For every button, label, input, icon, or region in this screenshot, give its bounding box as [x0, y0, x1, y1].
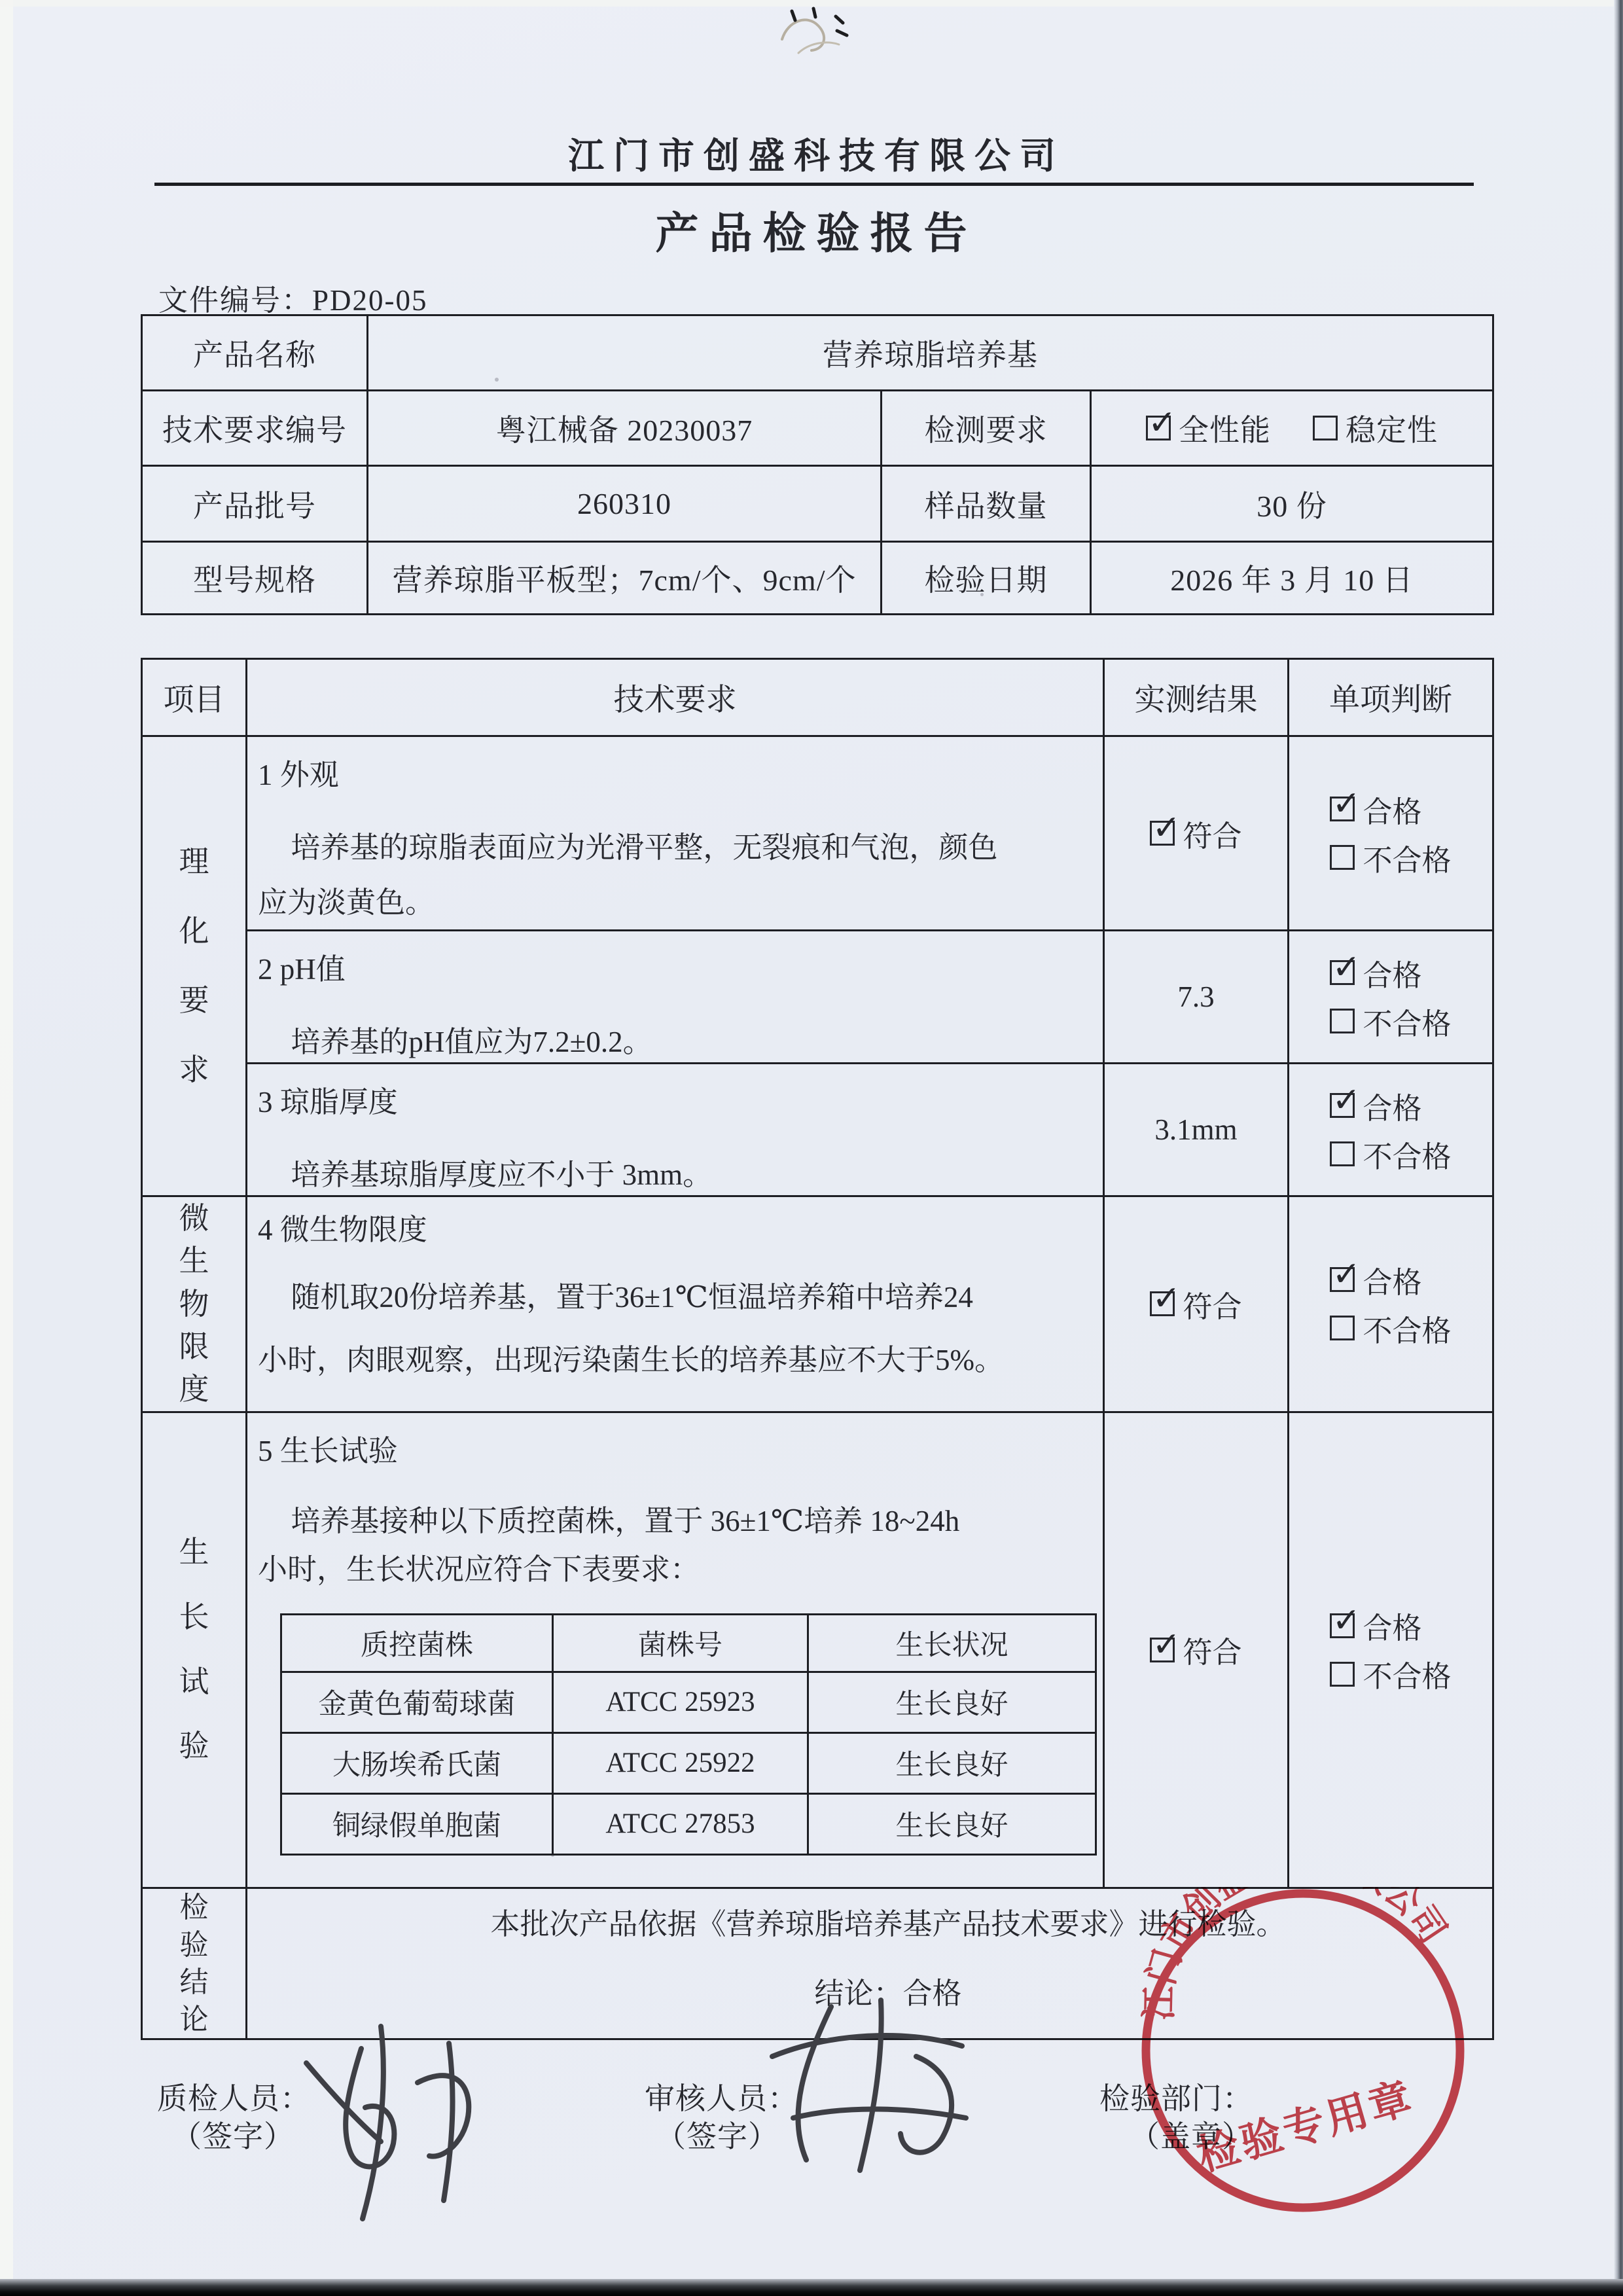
growth-status-col-header: 生长状况 — [808, 1614, 1096, 1672]
document-number: 文件编号：PD20-05 — [158, 276, 428, 319]
sample-qty-value: 30 份 — [1091, 466, 1493, 542]
table-row: 铜绿假单胞菌 ATCC 27853 生长良好 — [281, 1793, 1096, 1854]
result-appearance: 符合 — [1104, 736, 1289, 931]
checkbox-checked-icon — [1330, 1267, 1355, 1292]
table-row: 生长试验 5 生长试验 培养基接种以下质控菌株，置于 36±1℃培养 18~24… — [142, 1412, 1493, 1888]
table-row: 3 琼脂厚度 培养基琼脂厚度应不小于 3mm。 3.1mm 合格 不合格 — [142, 1064, 1493, 1196]
col-header-requirement: 技术要求 — [247, 659, 1104, 736]
checkbox-unchecked-icon — [1330, 845, 1355, 870]
date-label: 检验日期 — [882, 542, 1091, 615]
col-header-item: 项目 — [142, 659, 247, 736]
title-divider-line — [154, 183, 1474, 186]
stability-option: 稳定性 — [1313, 406, 1438, 450]
group-label-growth: 生长试验 — [142, 1412, 247, 1888]
requirement-agar-thickness: 3 琼脂厚度 培养基琼脂厚度应不小于 3mm。 — [247, 1064, 1104, 1196]
staple-mark-artifact — [772, 3, 857, 65]
judgment-agar-thickness: 合格 不合格 — [1289, 1064, 1493, 1196]
company-name: 江门市创盛科技有限公司 — [141, 127, 1492, 179]
page-title: 产品检验报告 — [141, 198, 1492, 260]
result-micro-limit: 符合 — [1104, 1196, 1289, 1412]
checkbox-unchecked-icon — [1330, 1141, 1355, 1166]
sample-qty-label: 样品数量 — [882, 466, 1091, 542]
seal-ring-text: 江门市创盛科技有限公司 — [1139, 1887, 1454, 2020]
col-header-result: 实测结果 — [1104, 659, 1289, 736]
checkbox-checked-icon — [1330, 797, 1355, 821]
checkbox-checked-icon — [1330, 960, 1355, 985]
checkbox-checked-icon — [1150, 1638, 1175, 1662]
test-req-options: 全性能 稳定性 — [1091, 391, 1493, 466]
svg-text:江门市创盛科技有限公司: 江门市创盛科技有限公司 — [1139, 1887, 1454, 2020]
scan-edge-right — [1614, 0, 1623, 2296]
judgment-micro-limit: 合格 不合格 — [1289, 1196, 1493, 1412]
model-value: 营养琼脂平板型；7cm/个、9cm/个 — [368, 542, 882, 615]
inspection-seal-stamp: 江门市创盛科技有限公司 检验专用章 — [1139, 1887, 1467, 2214]
scan-edge-left — [0, 0, 13, 2296]
checkbox-checked-icon — [1146, 416, 1171, 440]
judgment-appearance: 合格 不合格 — [1289, 736, 1493, 931]
tech-req-no-label: 技术要求编号 — [142, 391, 368, 466]
product-info-table: 产品名称 营养琼脂培养基 技术要求编号 粤江械备 20230037 检测要求 全… — [141, 314, 1494, 615]
scan-edge-bottom — [0, 2279, 1623, 2296]
stability-label: 稳定性 — [1346, 406, 1438, 450]
tech-req-no-value: 粤江械备 20230037 — [368, 391, 882, 466]
requirement-appearance: 1 外观 培养基的琼脂表面应为光滑平整，无裂痕和气泡，颜色 应为淡黄色。 — [247, 736, 1104, 931]
table-row: 大肠埃希氏菌 ATCC 25922 生长良好 — [281, 1732, 1096, 1793]
strain-no-col-header: 菌株号 — [553, 1614, 808, 1672]
checkbox-unchecked-icon — [1313, 416, 1338, 440]
full-performance-label: 全性能 — [1179, 406, 1271, 450]
checkbox-unchecked-icon — [1330, 1662, 1355, 1687]
requirement-ph: 2 pH值 培养基的pH值应为7.2±0.2。 — [247, 931, 1104, 1064]
table-row: 金黄色葡萄球菌 ATCC 25923 生长良好 — [281, 1672, 1096, 1732]
model-label: 型号规格 — [142, 542, 368, 615]
reviewer-signature — [733, 1983, 995, 2186]
checkbox-unchecked-icon — [1330, 1009, 1355, 1033]
requirement-micro-limit: 4 微生物限度 随机取20份培养基，置于36±1℃恒温培养箱中培养24 小时，肉… — [247, 1196, 1104, 1412]
product-name-value: 营养琼脂培养基 — [368, 315, 1493, 391]
judgment-ph: 合格 不合格 — [1289, 931, 1493, 1064]
seal-center-text: 检验专用章 — [1192, 2074, 1419, 2180]
table-header-row: 项目 技术要求 实测结果 单项判断 — [142, 659, 1493, 736]
result-agar-thickness: 3.1mm — [1104, 1064, 1289, 1196]
inspection-results-table: 项目 技术要求 实测结果 单项判断 理化要求 1 外观 培养基的琼脂表面应为光滑… — [141, 658, 1494, 2040]
product-name-label: 产品名称 — [142, 315, 368, 391]
col-header-judgment: 单项判断 — [1289, 659, 1493, 736]
batch-label: 产品批号 — [142, 466, 368, 542]
table-row: 2 pH值 培养基的pH值应为7.2±0.2。 7.3 合格 不合格 — [142, 931, 1493, 1064]
result-growth-test: 符合 — [1104, 1412, 1289, 1888]
report-page: 江门市创盛科技有限公司 产品检验报告 文件编号：PD20-05 产品名称 营养琼… — [0, 0, 1623, 2296]
checkbox-checked-icon — [1150, 1291, 1175, 1316]
full-performance-option: 全性能 — [1146, 406, 1271, 450]
judgment-growth-test: 合格 不合格 — [1289, 1412, 1493, 1888]
result-ph: 7.3 — [1104, 931, 1289, 1064]
requirement-growth-test: 5 生长试验 培养基接种以下质控菌株，置于 36±1℃培养 18~24h 小时，… — [247, 1412, 1104, 1888]
table-row: 理化要求 1 外观 培养基的琼脂表面应为光滑平整，无裂痕和气泡，颜色 应为淡黄色… — [142, 736, 1493, 931]
strain-col-header: 质控菌株 — [281, 1614, 553, 1672]
test-req-label: 检测要求 — [882, 391, 1091, 466]
batch-value: 260310 — [368, 466, 882, 542]
group-label-conclusion: 检验结论 — [142, 1888, 247, 2039]
qc-strain-table: 质控菌株 菌株号 生长状况 金黄色葡萄球菌 ATCC 25923 生长良好 大肠… — [280, 1613, 1097, 1856]
table-row: 微生物限度 4 微生物限度 随机取20份培养基，置于36±1℃恒温培养箱中培养2… — [142, 1196, 1493, 1412]
qc-sign-hint: （签字） — [171, 2113, 294, 2156]
checkbox-checked-icon — [1150, 821, 1175, 846]
group-label-micro: 微生物限度 — [142, 1196, 247, 1412]
checkbox-checked-icon — [1330, 1093, 1355, 1118]
checkbox-unchecked-icon — [1330, 1316, 1355, 1340]
date-value: 2026 年 3 月 10 日 — [1091, 542, 1493, 615]
checkbox-checked-icon — [1330, 1613, 1355, 1638]
qc-signature — [281, 2003, 497, 2225]
group-label-physchem: 理化要求 — [142, 736, 247, 1196]
